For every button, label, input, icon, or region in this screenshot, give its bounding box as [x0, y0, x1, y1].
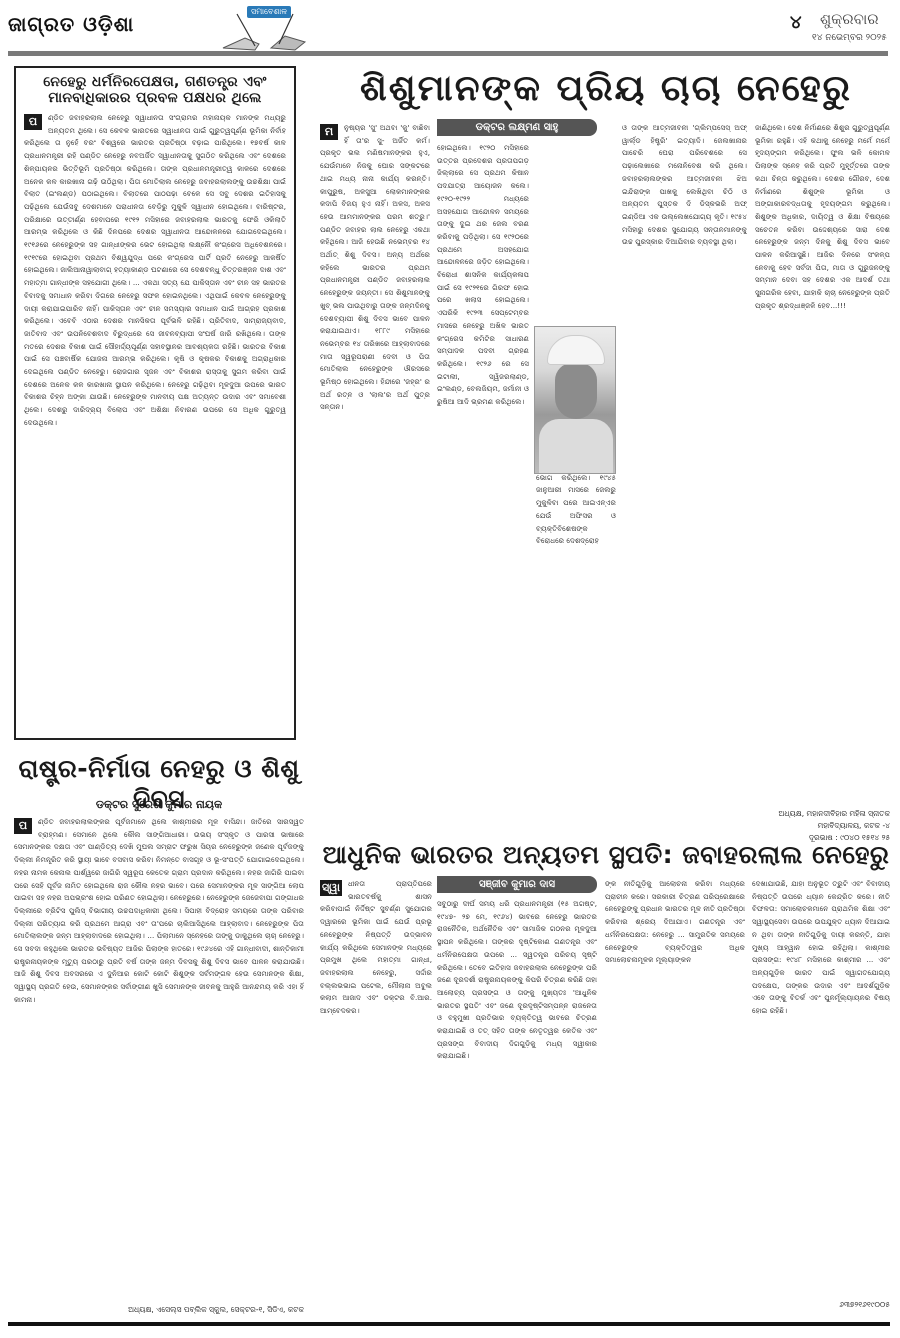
article-text: ଧୀନତା ପ୍ରାପ୍ତିପରେ ଭାରତବର୍ଷକୁ ଶାସନ କରିବାପ… [320, 879, 432, 1015]
nehru-portrait-photo [534, 326, 616, 474]
article-secularism-box: ନେହେରୁ ଧର୍ମନିରପେକ୍ଷତା, ଗଣତନ୍ତ୍ର ଏବଂ ମାନବ… [14, 66, 296, 740]
masthead-divider [8, 51, 888, 56]
article-headline: ଆଧୁନିକ ଭାରତର ଅନ୍ୟତମ ସ୍ଥପତି: ଜବାହରଲାଲ ନେହ… [320, 840, 892, 870]
spacer [536, 142, 616, 332]
page-number: ୪ [790, 12, 802, 33]
article-body: ପ ଣ୍ଡିତ ଜବାହରଲାଲଙ୍କର ପୂର୍ବଜମାନେ ଥିଲେ କାଶ… [14, 816, 304, 1318]
issue-date: ୧୪ ନଭେମ୍ବର ୨୦୨୫ [812, 33, 887, 43]
photo-cap [547, 335, 605, 365]
article-column-4: ଓ ତାଙ୍କ ଆତ୍ମଜୀବନୀ 'ଗ୍ଲିମ୍ପସେସ୍ ଅଫ୍ ୱାର୍ଲ… [622, 122, 747, 742]
article-column-5: ଜାଣିଥିଲେ। ଦେଶ ନିର୍ମାଣରେ ଶିଶୁର ଗୁରୁତ୍ୱପୂର… [755, 122, 890, 802]
article-text: ଣ୍ଡିତ ଜବାହରଲାଲ ନେହେରୁ ସ୍ୱାଧୀନତା ସଂଗ୍ରାମର… [24, 113, 286, 427]
dropcap: ପ [24, 114, 42, 130]
article-column-2: ହୋଇଥିଲେ। ୧୯୨୦ ମସିହାରେ ଉତ୍ତର ପ୍ରଦେଶର ପ୍ରତ… [437, 142, 529, 742]
author-credit: ଅଧ୍ୟକ୍ଷ, ଏସେଲ୍ସ ପବ୍ଲିକ ସ୍କୁଲ, ସେକ୍ଟର-୧, … [14, 1305, 304, 1315]
article-column-1: ମ ନୁଷ୍ୟର 'ସୁ' ଅଥବା 'କୁ' ବାଛିବା ହିଁ ତା'ର … [320, 122, 430, 742]
dropcap: ମ [320, 124, 338, 140]
weekday: ଶୁକ୍ରବାର [820, 10, 879, 28]
article-headline: ନେହେରୁ ଧର୍ମନିରପେକ୍ଷତା, ଗଣତନ୍ତ୍ର ଏବଂ ମାନବ… [24, 74, 286, 106]
newspaper-brand: ଜାଗ୍ରତ ଓଡ଼ିଶା [8, 12, 134, 36]
author-banner: ଡକ୍ଟର ଲକ୍ଷ୍ମଣ ସାହୁ [437, 119, 597, 136]
article-column-3: ଙ୍କ ନୀତିଗୁଡ଼ିକୁ ଆଲୋଚନା କରିବା ମଧ୍ୟରେ ପ୍ରା… [605, 878, 745, 1318]
page-bottom-rule [8, 1322, 890, 1326]
article-author: ଡକ୍ଟର ସୁରେଶ କୁମାର ନାୟକ [14, 798, 304, 812]
section-logo: ସମାବେଶାଳ [215, 2, 315, 50]
article-column-4: ଦେଖାଯାଉଛି, ଯାହା ଅନୁଭୂତ ତ୍ରୁଟି ଏବଂ ବିବାଦୀ… [752, 878, 890, 1298]
article-body: ପ ଣ୍ଡିତ ଜବାହରଲାଲ ନେହେରୁ ସ୍ୱାଧୀନତା ସଂଗ୍ରା… [24, 112, 286, 430]
author-affiliation: ଅଧ୍ୟକ୍ଷ, ମହାନଦୀବିହାର ମହିଳା ସ୍ନାତକ ମହାବିଦ… [755, 808, 890, 832]
article-column-1: ସ୍ୱା ଧୀନତା ପ୍ରାପ୍ତିପରେ ଭାରତବର୍ଷକୁ ଶାସନ କ… [320, 878, 432, 1318]
author-phone: ୬୩୭୨୧୬୧୯୦୦୫ [752, 1300, 890, 1310]
main-headline: ଶିଶୁମାନଙ୍କ ପ୍ରିୟ ଚାଚା ନେହେରୁ [320, 68, 892, 110]
article-text: ନୁଷ୍ୟର 'ସୁ' ଅଥବା 'କୁ' ବାଛିବା ହିଁ ତା'ର ସୁ… [320, 123, 430, 411]
masthead: ଜାଗ୍ରତ ଓଡ଼ିଶା ସମାବେଶାଳ ୪ ଶୁକ୍ରବାର ୧୪ ନଭେ… [0, 0, 900, 56]
author-credit: ଅଧ୍ୟକ୍ଷ, ମହାନଦୀବିହାର ମହିଳା ସ୍ନାତକ ମହାବିଦ… [755, 808, 890, 844]
dropcap: ପ [14, 818, 32, 834]
photo-coat [539, 419, 613, 473]
dropcap: ସ୍ୱା [320, 880, 342, 896]
writing-hands-icon [215, 12, 315, 52]
author-banner: ସଞ୍ଜୀବ କୁମାର ଦାସ [437, 876, 597, 893]
photo-face [555, 363, 597, 419]
article-text: ଣ୍ଡିତ ଜବାହରଲାଲଙ୍କର ପୂର୍ବଜମାନେ ଥିଲେ କାଶ୍ମ… [14, 817, 304, 1004]
article-column-2: ସବୁଠାରୁ ଦୀର୍ଘ ସମୟ ଧରି ପ୍ରଧାନମନ୍ତ୍ରୀ (୧୫ … [437, 898, 597, 1318]
